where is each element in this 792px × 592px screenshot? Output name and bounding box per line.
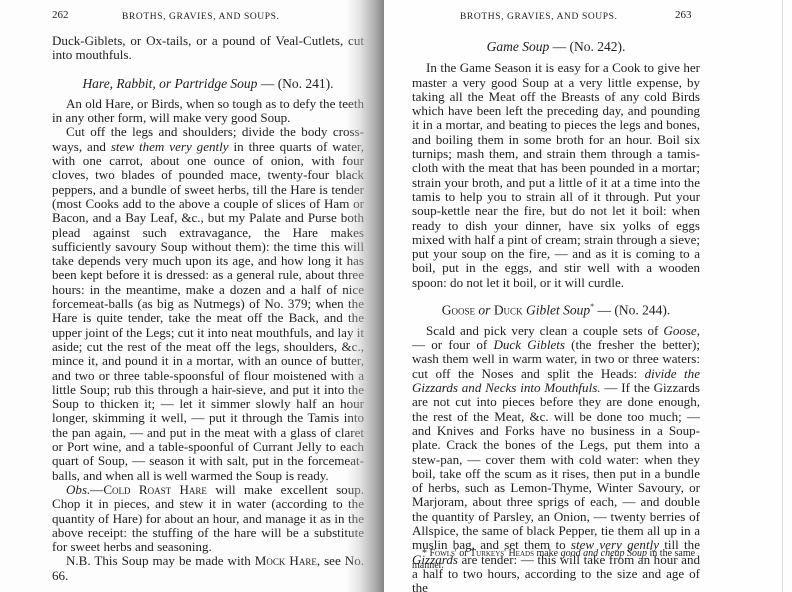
running-head: BROTHS, GRAVIES, AND SOUPS.	[122, 12, 280, 22]
recipe-title-241: Hare, Rabbit, or Partridge Soup — (No. 2…	[52, 77, 364, 91]
carry-over-text: Duck-Giblets, or Ox-tails, or a pound of…	[52, 34, 364, 63]
right-page-text: Game Soup — (No. 242). In the Game Seaso…	[412, 40, 700, 592]
recipe-241-observation: Obs.—Cold Roast Hare will make excellent…	[52, 483, 364, 554]
page-edge	[782, 0, 783, 592]
left-page-text: Duck-Giblets, or Ox-tails, or a pound of…	[52, 34, 364, 583]
page-number: 263	[675, 9, 692, 21]
recipe-242-body: In the Game Season it is easy for a Cook…	[412, 61, 700, 290]
left-page: 262 BROTHS, GRAVIES, AND SOUPS. Duck-Gib…	[0, 0, 384, 592]
footnote: * Fowls' or Turkeys' Heads make good and…	[412, 548, 702, 571]
recipe-title-242: Game Soup — (No. 242).	[412, 40, 700, 54]
running-head: BROTHS, GRAVIES, AND SOUPS.	[460, 12, 618, 22]
recipe-241-intro: An old Hare, or Birds, when so tough as …	[52, 97, 364, 126]
recipe-title-244: Goose or Duck Giblet Soup* — (No. 244).	[412, 300, 700, 318]
right-page: BROTHS, GRAVIES, AND SOUPS. 263 Game Sou…	[384, 0, 792, 592]
page-number: 262	[52, 9, 69, 21]
recipe-241-method: Cut off the legs and shoulders; divide t…	[52, 125, 364, 482]
gutter-shadow	[346, 0, 384, 592]
recipe-241-note: N.B. This Soup may be made with Mock Har…	[52, 554, 364, 583]
